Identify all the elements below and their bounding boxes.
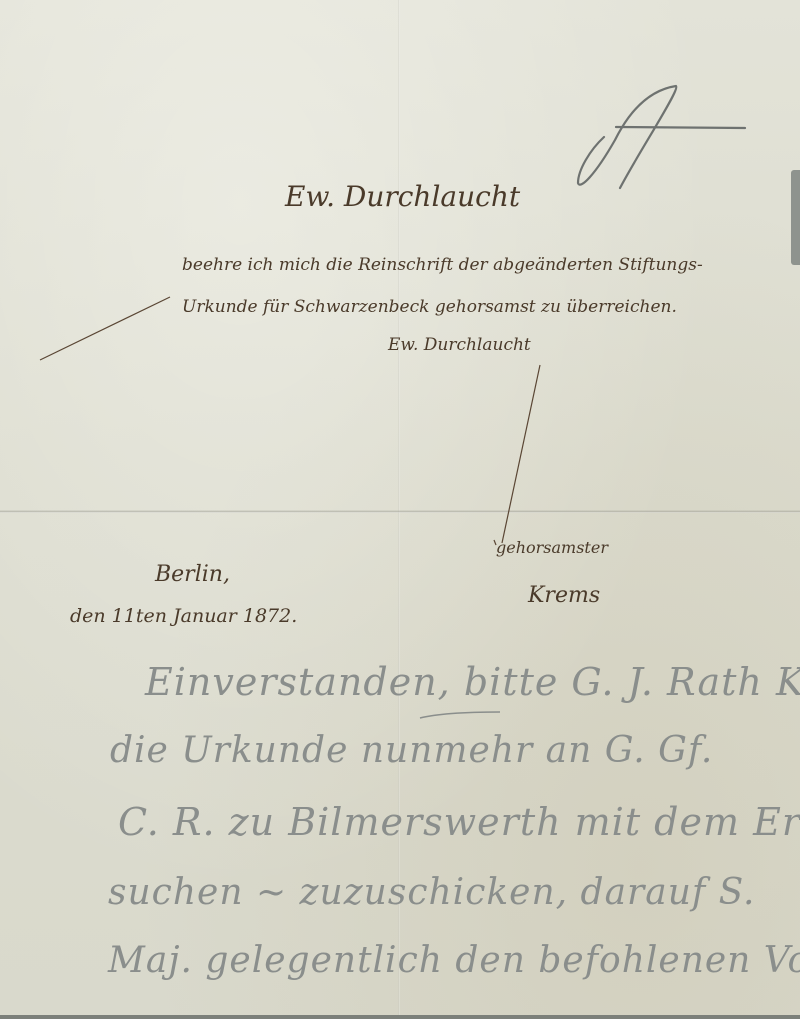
letter-signature: Krems [528, 583, 600, 608]
letter-body-line-2: Urkunde für Schwarzenbeck gehorsamst zu … [182, 297, 677, 317]
letter-date: den 11ten Januar 1872. [70, 605, 297, 627]
bottom-edge [0, 1015, 800, 1019]
pencil-note-line-3: C. R. zu Bilmerswerth mit dem Er- [118, 800, 800, 844]
letter-salutation: Ew. Durchlaucht [285, 180, 520, 213]
letter-closing: gehorsamster [496, 538, 608, 557]
pencil-note-line-5: Maj. gelegentlich den befohlenen Vortrag… [108, 940, 800, 981]
letter-body-line-3: Ew. Durchlaucht [388, 335, 531, 355]
letter-place: Berlin, [155, 562, 230, 587]
horizontal-fold-crease [0, 510, 800, 513]
page-edge-shadow [791, 170, 800, 265]
pencil-note-line-1: Einverstanden, bitte G. J. Rath Krems [145, 660, 800, 704]
pencil-note-line-2: die Urkunde nunmehr an G. Gf. [110, 730, 713, 771]
pencil-note-line-4: suchen ~ zuzuschicken, darauf S. [108, 872, 756, 913]
letter-body-line-1: beehre ich mich die Reinschrift der abge… [182, 255, 703, 275]
